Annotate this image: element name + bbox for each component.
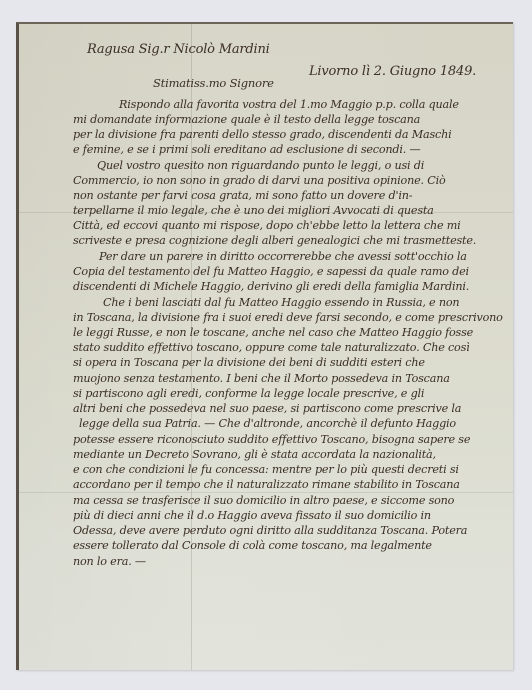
letter-line: Commercio, io non sono in grado di darvi… (73, 174, 446, 187)
letter-line: Odessa, deve avere perduto ogni diritto … (73, 524, 467, 537)
letter-line: le leggi Russe, e non le toscane, anche … (73, 326, 473, 339)
salutation: Stimatiss.mo Signore (153, 76, 274, 90)
letter-line: ma cessa se trasferisce il suo domicilio… (73, 494, 454, 507)
letter-line: mediante un Decreto Sovrano, gli è stata… (73, 448, 436, 461)
letter-line: scriveste e presa cognizione degli alber… (73, 234, 476, 247)
letter-line: Che i beni lasciati dal fu Matteo Haggio… (103, 296, 459, 309)
letter-line: Per dare un parere in diritto occorrereb… (99, 250, 467, 263)
letter-line: non ostante per farvi cosa grata, mi son… (73, 189, 412, 202)
fold-line-horizontal-lower (19, 492, 513, 493)
letter-line: si opera in Toscana per la divisione dei… (73, 356, 425, 369)
letter-line: mi domandate informazione quale è il tes… (73, 113, 420, 126)
letter-line: stato suddito effettivo toscano, oppure … (73, 341, 470, 354)
letter-line: muojono senza testamento. I beni che il … (73, 372, 450, 385)
letter-line: Copia del testamento del fu Matteo Haggi… (73, 265, 469, 278)
letter-line: per la divisione fra parenti dello stess… (73, 128, 451, 141)
letter-line: discendenti di Michele Haggio, derivino … (73, 280, 469, 293)
letter-line: e femine, e se i primi soli ereditano ad… (73, 143, 420, 156)
letter-line: e con che condizioni le fu concessa: men… (73, 463, 459, 476)
letter-line: si partiscono agli eredi, conforme la le… (73, 387, 424, 400)
letter-line: più di dieci anni che il d.o Haggio avev… (73, 509, 431, 522)
letter-line: in Toscana, la divisione fra i suoi ered… (73, 311, 503, 324)
letter-line: essere tollerato dal Console di colà com… (73, 539, 432, 552)
letter-line: non lo era. — (73, 555, 146, 568)
letter-line: accordano per il tempo che il naturalizz… (73, 478, 460, 491)
date-line: Livorno lì 2. Giugno 1849. (309, 64, 476, 79)
letter-line: Città, ed eccovi quanto mi rispose, dopo… (73, 219, 461, 232)
letter-line: Rispondo alla favorita vostra del 1.mo M… (119, 98, 459, 111)
recipient-address: Ragusa Sig.r Nicolò Mardini (87, 42, 270, 57)
letter-line: potesse essere riconosciuto suddito effe… (73, 433, 470, 446)
letter-line: legge della sua Patria. — Che d'altronde… (79, 417, 456, 430)
letter-line: terpellarne il mio legale, che è uno dei… (73, 204, 434, 217)
letter-line: altri beni che possedeva nel suo paese, … (73, 402, 461, 415)
letter-paper: Ragusa Sig.r Nicolò Mardini Livorno lì 2… (16, 22, 513, 670)
letter-line: Quel vostro quesito non riguardando punt… (97, 159, 424, 172)
